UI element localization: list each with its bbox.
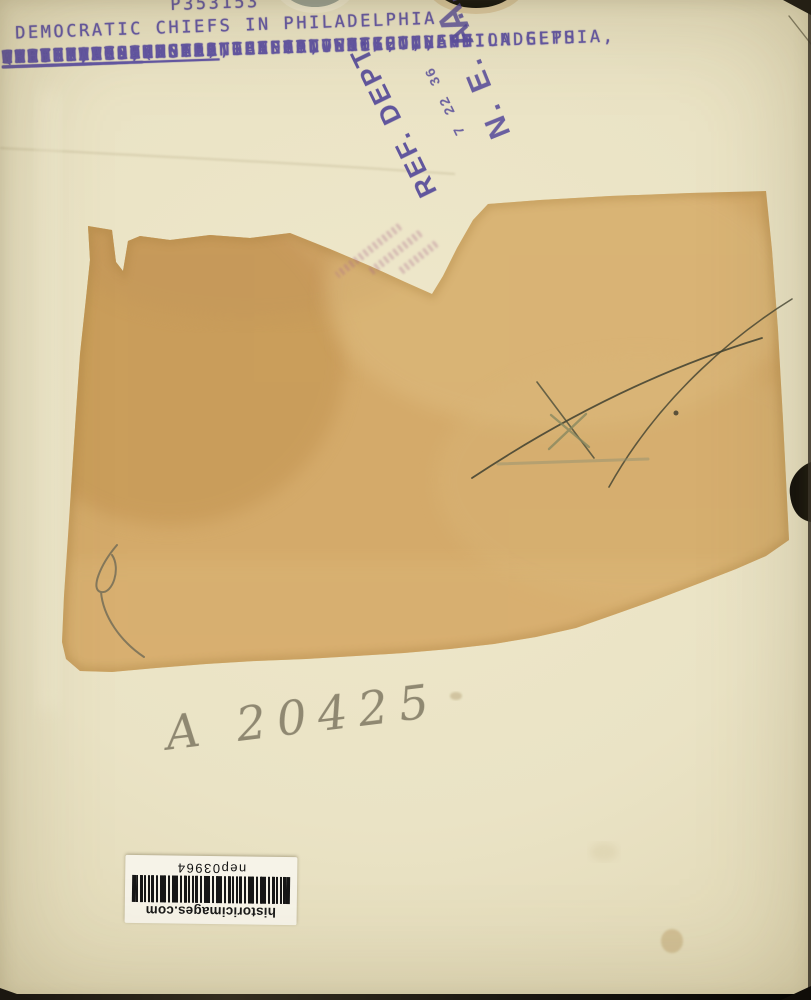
stain-spot: [661, 929, 683, 953]
pencil-x-mark: [549, 414, 589, 449]
typed-caption: P353153 DEMOCRATIC CHIEFS IN PHILADELPHI…: [0, 0, 811, 47]
corner-bottom-left: [0, 988, 34, 1000]
left-light-band: [36, 90, 60, 710]
photo-bottom-edge: [0, 994, 811, 1000]
ref-dept-stamp: REF. DEPT.: [340, 34, 443, 203]
pencil-scribble: [96, 545, 144, 657]
corner-top-right: [783, 0, 811, 15]
handwritten-number: A 20425: [163, 673, 443, 761]
pen-stroke-arc: [609, 299, 792, 487]
faint-mirrored-stamp: [320, 206, 450, 329]
pen-stroke-long: [472, 338, 762, 478]
barcode-label: historicimages.com nep03964: [125, 855, 298, 925]
press-photo-back: REF. DEPT. N. E. A. A. 7 22 36 P353153 D…: [0, 0, 811, 1000]
pencil-smear: [498, 459, 648, 464]
pen-stroke-short: [537, 382, 594, 458]
stain-spot-small: [450, 692, 462, 700]
barcode-icon: [132, 875, 290, 904]
stain-smudge: [590, 843, 618, 861]
barcode-code: nep03964: [176, 861, 246, 877]
corner-bottom-right: [781, 986, 811, 1000]
paper-crease: [0, 148, 455, 174]
barcode-website: historicimages.com: [145, 903, 276, 920]
